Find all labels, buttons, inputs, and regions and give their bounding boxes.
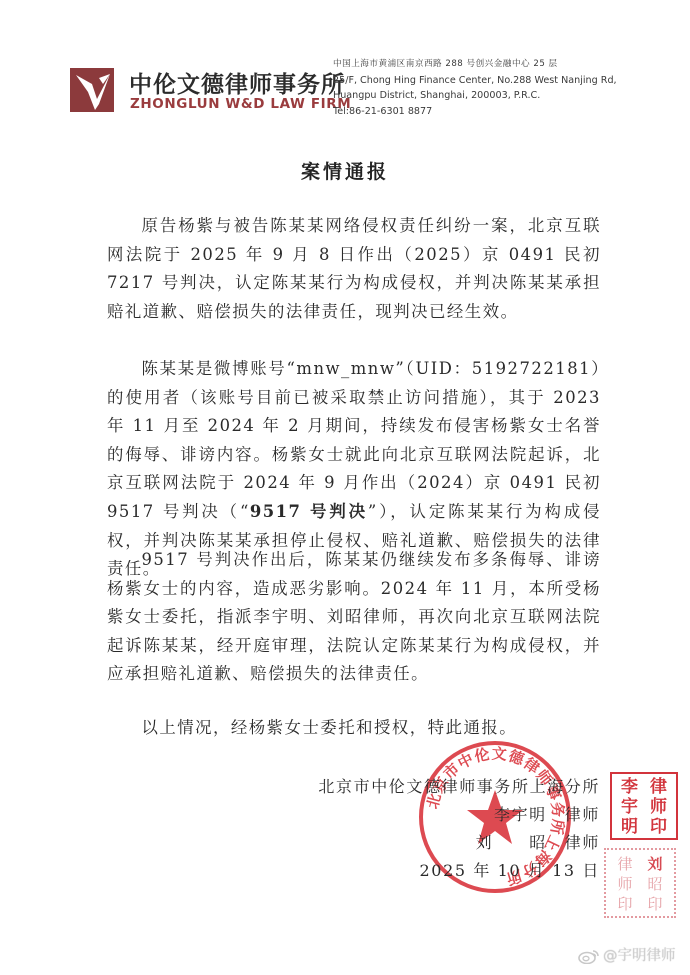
phone-line: Tel:86-21-6301 8877 (333, 104, 653, 120)
paragraph-text: 原告杨紫与被告陈某某网络侵权责任纠纷一案，北京互联网法院于 2025 年 9 月… (107, 212, 601, 326)
seal-char: 律 (610, 854, 640, 874)
seal-char: 印 (640, 894, 670, 914)
signature-lawyer-1: 李宇明律师 (494, 802, 600, 825)
signature-lawyer-2: 刘昭律师 (476, 830, 600, 853)
weibo-watermark: @宇明律师 (578, 944, 676, 965)
signature-firm: 北京市中伦文德律师事务所上海分所 (318, 774, 600, 797)
lawyer-seal-li-yuming: 李 宇 明 律 师 印 (610, 772, 678, 840)
seal-char: 师 (610, 874, 640, 894)
document-title: 案情通报 (0, 157, 690, 184)
seal-char: 刘 (640, 854, 670, 874)
lawyer-title: 律师 (565, 805, 600, 824)
firm-name-en: ZHONGLUN W&D LAW FIRM (130, 96, 351, 112)
firm-name-cn: 中伦文德律师事务所 (129, 66, 345, 99)
signature-date: 2025 年 10 月 13 日 (420, 858, 600, 881)
seal-char: 明 (615, 817, 644, 837)
weibo-icon (578, 948, 600, 964)
checkmark-logo-icon (70, 68, 114, 112)
lawyer-title: 律师 (565, 833, 600, 852)
address-line-cn: 中国上海市黄浦区南京西路 288 号创兴金融中心 25 层 (333, 57, 653, 73)
address-line-1: 25/F, Chong Hing Finance Center, No.288 … (333, 73, 653, 89)
paragraph-text-part: 陈某某是微博账号“mnw_mnw”（UID：5192722181）的使用者（该账… (107, 359, 601, 521)
seal-char: 李 (615, 777, 644, 797)
firm-logo (70, 68, 114, 112)
paragraph-text: 9517 号判决作出后，陈某某仍继续发布多条侮辱、诽谤杨紫女士的内容，造成恶劣影… (107, 546, 601, 689)
seal-char: 律 (644, 777, 673, 797)
lawyer-seal-liu-zhao: 律 师 印 刘 昭 印 (604, 848, 676, 918)
seal-char: 印 (610, 894, 640, 914)
address-line-2: Huangpu District, Shanghai, 200003, P.R.… (333, 88, 653, 104)
judgment-short-name: 9517 号判决 (250, 502, 368, 521)
seal-char: 昭 (640, 874, 670, 894)
lawyer-name-part: 刘 (476, 833, 494, 852)
lawyer-name: 李宇明 (494, 805, 547, 824)
watermark-handle: @宇明律师 (603, 948, 676, 964)
lawyer-name-part: 昭 (529, 833, 547, 852)
paragraph-1: 原告杨紫与被告陈某某网络侵权责任纠纷一案，北京互联网法院于 2025 年 9 月… (107, 212, 601, 326)
paragraph-3: 9517 号判决作出后，陈某某仍继续发布多条侮辱、诽谤杨紫女士的内容，造成恶劣影… (107, 546, 601, 689)
firm-address: 中国上海市黄浦区南京西路 288 号创兴金融中心 25 层 25/F, Chon… (333, 57, 653, 119)
seal-char: 师 (644, 797, 673, 817)
seal-char: 印 (644, 817, 673, 837)
seal-char: 宇 (615, 797, 644, 817)
